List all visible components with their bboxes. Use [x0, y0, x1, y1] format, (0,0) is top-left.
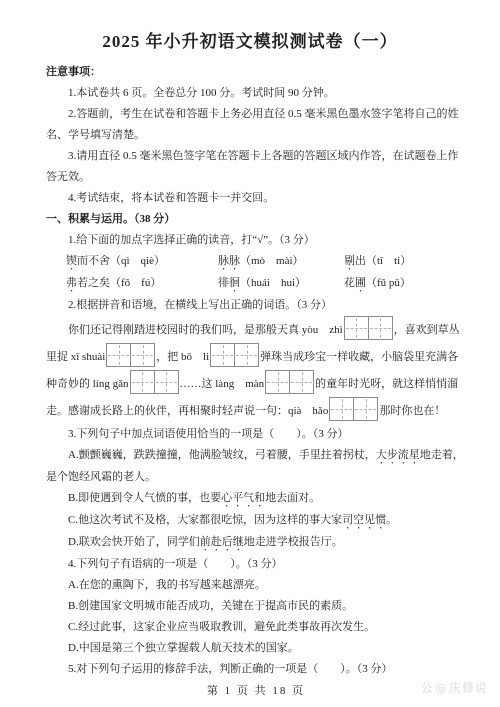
grid-cell: [353, 397, 378, 421]
grid-cell: [289, 370, 314, 394]
option-dotted-phrase: 心平气和: [221, 492, 265, 504]
pinyin-choices: （huái hui）: [240, 277, 306, 289]
option-text: B.即使遇到令人气愤的事，也要: [68, 492, 221, 504]
passage-text: 那时你也在！: [379, 405, 445, 417]
option-dotted-phrase: 司空见惯: [342, 514, 386, 526]
watermark-logo-icon: 公: [420, 681, 433, 695]
word-dotted: 锲: [66, 255, 77, 267]
notice-item-4: 4.考试结束，将本试卷和答题卡一并交回。: [46, 188, 466, 209]
watermark: 公◎庆修说: [420, 678, 488, 699]
q3-option-a: A.颤颤巍巍，跌跌撞撞，他满脸皱纹，弓着腰，手里拄着拐杖，大步流星地走着，是个饱…: [46, 445, 466, 488]
option-text: C.他这次考试不及格，大家都很吃惊，因为这样的事大家: [68, 514, 342, 526]
option-text: D.联欢会快开始了，同学们: [68, 536, 200, 548]
q1-word-4: 弗若之矣（fō fú）: [66, 273, 218, 295]
option-dotted-phrase: 前赴后继: [200, 536, 244, 548]
grid-cell: [344, 316, 369, 340]
section-heading: 一、积累与运用。（38 分）: [46, 209, 466, 230]
q5-prompt: 5.对下列句子运用的修辞手法，判断正确的一项是（ ）。（3 分）: [46, 659, 466, 680]
option-dotted-phrase: 大步流星: [376, 449, 420, 461]
q3-option-d: D.联欢会快开始了，同学们前赴后继地走进学校报告厅。: [46, 532, 466, 554]
watermark-badge-icon: ◎: [436, 681, 447, 695]
q4-prompt: 4.下列句子有语病的一项是（ ）。（3 分）: [46, 554, 466, 575]
q3-option-c: C.他这次考试不及格，大家都很吃惊，因为这样的事大家司空见惯。: [46, 510, 466, 532]
grid-cell: [265, 370, 290, 394]
word-text: 而不舍: [77, 255, 110, 267]
page-title: 2025 年小升初语文模拟测试卷（一）: [0, 0, 500, 54]
word-dotted: 徊: [229, 277, 240, 289]
word-dotted: 剔: [344, 255, 355, 267]
q4-option-b: B.创建国家文明城市能否成功，关键在于提高市民的素质。: [46, 596, 466, 617]
q4-option-d: D.中国是第三个独立掌握载人航天技术的国家。: [46, 638, 466, 659]
grid-cell: [210, 343, 235, 367]
q3-prompt: 3.下列句子中加点词语使用恰当的一项是（ ）。（3 分）: [46, 424, 466, 445]
q1-prompt: 1.给下面的加点字选择正确的读音，打“√”。（3 分）: [46, 230, 466, 251]
q1-word-5: 徘徊（huái hui）: [218, 273, 344, 295]
page-content: 注意事项： 1.本试卷共 6 页。全卷总分 100 分。考试时间 90 分钟。 …: [46, 62, 466, 702]
pinyin-choices: （fō fú）: [110, 277, 161, 289]
watermark-text: 庆修说: [449, 681, 488, 695]
grid-cell: [368, 316, 393, 340]
word-text: 出: [355, 255, 366, 267]
word-dotted: 脉脉: [218, 255, 240, 267]
q1-word-6: 花圃（fū pǔ）: [344, 273, 464, 295]
passage-text: ……这 làng màn: [180, 378, 265, 390]
pinyin-choices: （fū pǔ）: [366, 277, 411, 289]
word-text: 徘: [218, 277, 229, 289]
q1-row-2: 弗若之矣（fō fú） 徘徊（huái hui） 花圃（fū pǔ）: [46, 273, 466, 295]
answer-grid-box: [265, 370, 314, 394]
q1-word-1: 锲而不舍（qì qiè）: [66, 251, 218, 273]
answer-grid-box: [344, 316, 393, 340]
option-text: 地去面对。: [265, 492, 320, 504]
notice-item-2: 2.答题前，考生在试卷和答题卡上务必用直径 0.5 毫米黑色墨水签字笔将自己的姓…: [46, 104, 466, 146]
word-dotted: 圃: [355, 277, 366, 289]
word-text: 花: [344, 277, 355, 289]
answer-grid-box: [329, 397, 378, 421]
answer-grid-box: [210, 343, 259, 367]
passage-text: ，把 bō li: [156, 351, 209, 363]
passage-text: 你们还记得刚踏进校园时的我们吗，是那般天真 yòu zhì: [68, 324, 343, 336]
q2-prompt: 2.根据拼音和语境，在横线上写出正确的词语。（3 分）: [46, 295, 466, 316]
pinyin-choices: （mò mài）: [240, 255, 304, 267]
grid-cell: [154, 370, 179, 394]
q1-row-1: 锲而不舍（qì qiè） 脉脉（mò mài） 剔出（tī ti）: [46, 251, 466, 273]
grid-cell: [130, 370, 155, 394]
q3-option-b: B.即使遇到令人气愤的事，也要心平气和地去面对。: [46, 488, 466, 510]
pinyin-choices: （tī ti）: [366, 255, 411, 267]
pinyin-choices: （qì qiè）: [110, 255, 165, 267]
q4-option-c: C.经过此事，这家企业应当吸取教训，避免此类事故再次发生。: [46, 617, 466, 638]
q4-option-a: A.在您的熏陶下，我的书写越来越漂亮。: [46, 575, 466, 596]
word-dotted: 弗: [66, 277, 77, 289]
exam-paper-page: 2025 年小升初语文模拟测试卷（一） 注意事项： 1.本试卷共 6 页。全卷总…: [0, 0, 500, 707]
option-text: A.颤颤巍巍，跌跌撞撞，他满脸皱纹，弓着腰，手里拄着拐杖，: [68, 449, 376, 461]
grid-cell: [234, 343, 259, 367]
notice-item-1: 1.本试卷共 6 页。全卷总分 100 分。考试时间 90 分钟。: [46, 83, 466, 104]
grid-cell: [329, 397, 354, 421]
word-text: 若之矣: [77, 277, 110, 289]
q2-passage: 你们还记得刚踏进校园时的我们吗，是那般天真 yòu zhì，喜欢到草丛里捉 xī…: [46, 316, 466, 424]
option-text: 。: [386, 514, 397, 526]
grid-cell: [130, 343, 155, 367]
option-text: 地走进学校报告厅。: [244, 536, 343, 548]
notice-item-3: 3.请用直径 0.5 毫米黑色签字笔在答题卡上各题的答题区域内作答，在试题卷上作…: [46, 146, 466, 188]
answer-grid-box: [130, 370, 179, 394]
q1-word-2: 脉脉（mò mài）: [218, 251, 344, 273]
grid-cell: [106, 343, 131, 367]
page-number: 第 1 页 共 18 页: [46, 681, 466, 702]
notice-heading: 注意事项：: [46, 62, 466, 83]
q1-word-3: 剔出（tī ti）: [344, 251, 464, 273]
answer-grid-box: [106, 343, 155, 367]
